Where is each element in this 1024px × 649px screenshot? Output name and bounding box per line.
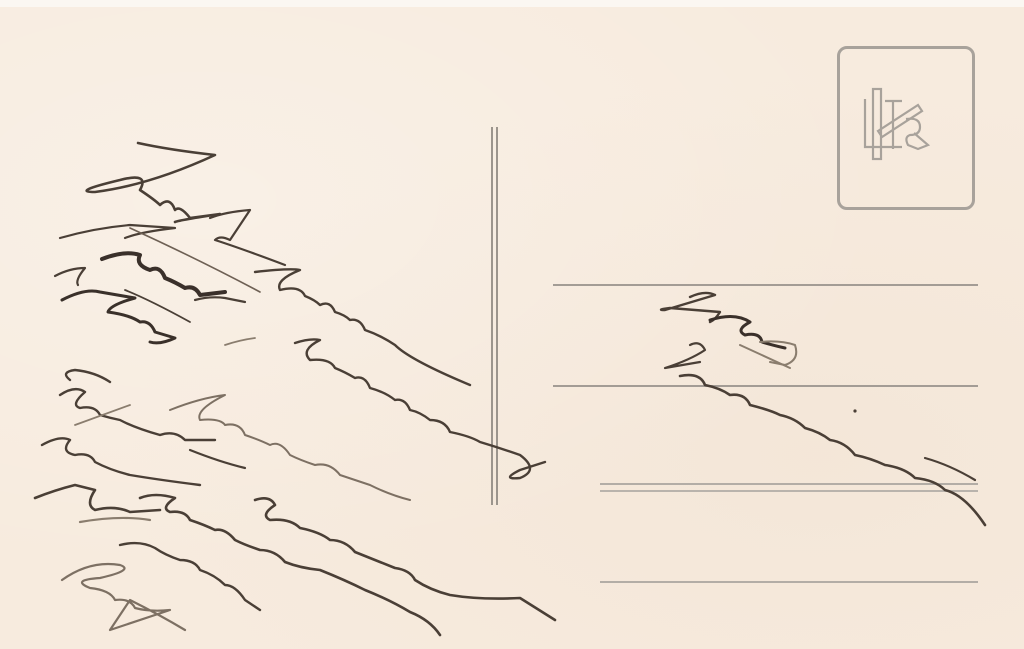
handwritten-message — [0, 7, 1024, 649]
postcard-back: LKS — [0, 7, 1024, 649]
